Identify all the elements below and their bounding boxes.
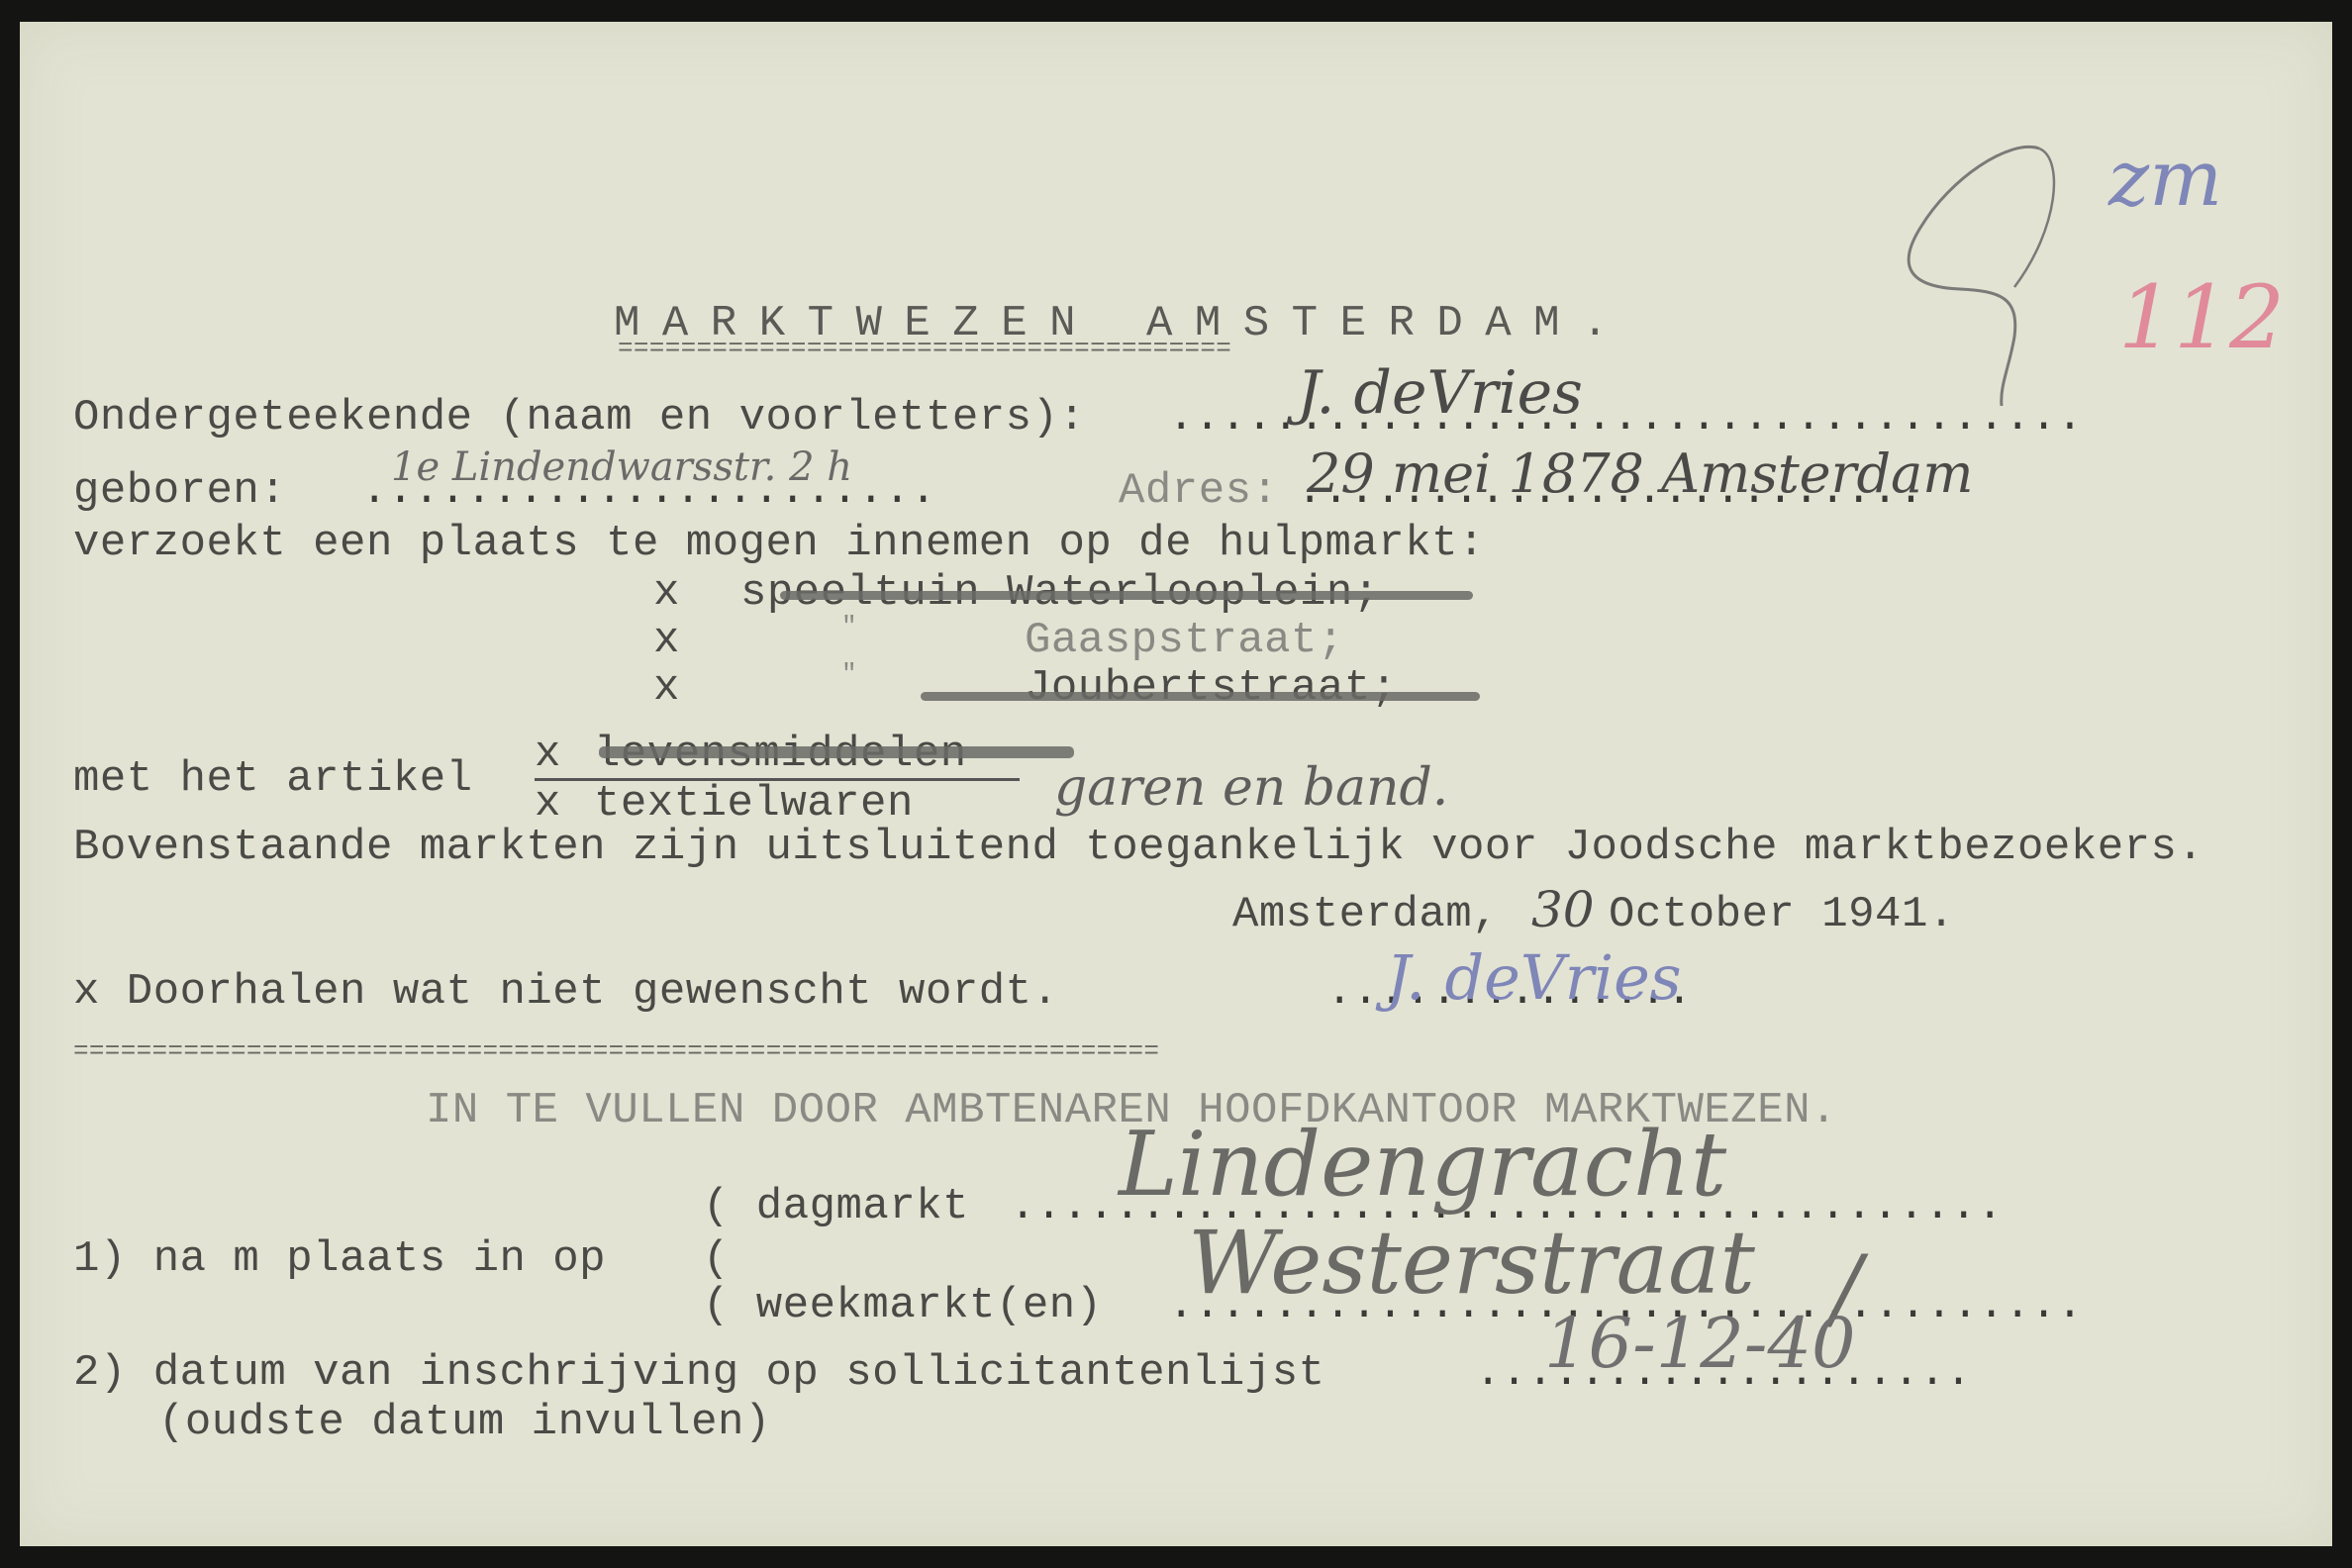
market-2-name: Gaaspstraat; — [1025, 619, 1344, 662]
date-day-handwritten[interactable]: 30 — [1531, 885, 1595, 934]
pencil-loop-mark-icon — [1891, 119, 2089, 406]
market-1-mark: x — [653, 571, 680, 615]
title-double-rule: ======================================= — [618, 339, 1231, 359]
article-note-handwritten[interactable]: garen en band. — [1054, 762, 1448, 814]
market-permit-card: zm 112 MARKTWEZEN AMSTERDAM. ===========… — [20, 22, 2332, 1546]
notice-text: Bovenstaande markten zijn uitsluitend to… — [73, 826, 2204, 869]
market-2-ditto: " — [841, 614, 857, 639]
address-handwritten[interactable]: 1e Lindendwarsstr. 2 h — [391, 447, 852, 487]
day-market-handwritten[interactable]: Lindengracht — [1119, 1121, 1726, 1210]
strike-instruction: x Doorhalen wat niet gewenscht wordt. — [73, 970, 1058, 1014]
week-market-label: ( weekmarkt(en) — [703, 1284, 1103, 1327]
born-date-handwritten[interactable]: 29 mei 1878 Amsterdam — [1307, 447, 1973, 501]
article-1-strikethrough — [599, 746, 1074, 758]
article-1-mark: x — [535, 733, 561, 776]
market-3-strikethrough — [921, 692, 1480, 701]
market-3-name: Joubertstraat; — [1025, 666, 1398, 710]
address-label: Adres: — [1119, 469, 1278, 513]
article-2-name: textielwaren — [594, 782, 914, 826]
brace-middle: ( — [703, 1237, 730, 1281]
market-1-strikethrough — [780, 591, 1473, 600]
item1-label: 1) na m plaats in op — [73, 1237, 606, 1281]
date-rest: October 1941. — [1609, 893, 1955, 936]
article-2-mark: x — [535, 782, 561, 826]
signature-handwritten[interactable]: J. deVries — [1386, 947, 1682, 1009]
article-label: met het artikel — [73, 757, 473, 801]
blue-annotation: zm — [2108, 141, 2222, 218]
market-2-mark: x — [653, 619, 680, 662]
item2-sublabel: (oudste datum invullen) — [158, 1401, 771, 1444]
date-place: Amsterdam, — [1232, 893, 1499, 936]
market-3-mark: x — [653, 666, 680, 710]
registration-date-handwritten[interactable]: 16-12-40 — [1544, 1309, 1856, 1378]
applicant-label: Ondergeteekende (naam en voorletters): — [73, 396, 1085, 440]
week-market-handwritten[interactable]: Westerstraat — [1188, 1220, 1755, 1307]
request-line: verzoekt een plaats te mogen innemen op … — [73, 522, 1485, 565]
applicant-name-handwritten[interactable]: J. deVries — [1297, 363, 1583, 423]
born-label: geboren: — [73, 469, 286, 513]
red-annotation-number: 112 — [2118, 274, 2285, 361]
day-market-label: ( dagmarkt — [703, 1185, 969, 1228]
market-3-ditto: " — [841, 661, 857, 687]
section-separator: ========================================… — [73, 1041, 1159, 1062]
item2-label: 2) datum van inschrijving op sollicitant… — [73, 1351, 1325, 1395]
